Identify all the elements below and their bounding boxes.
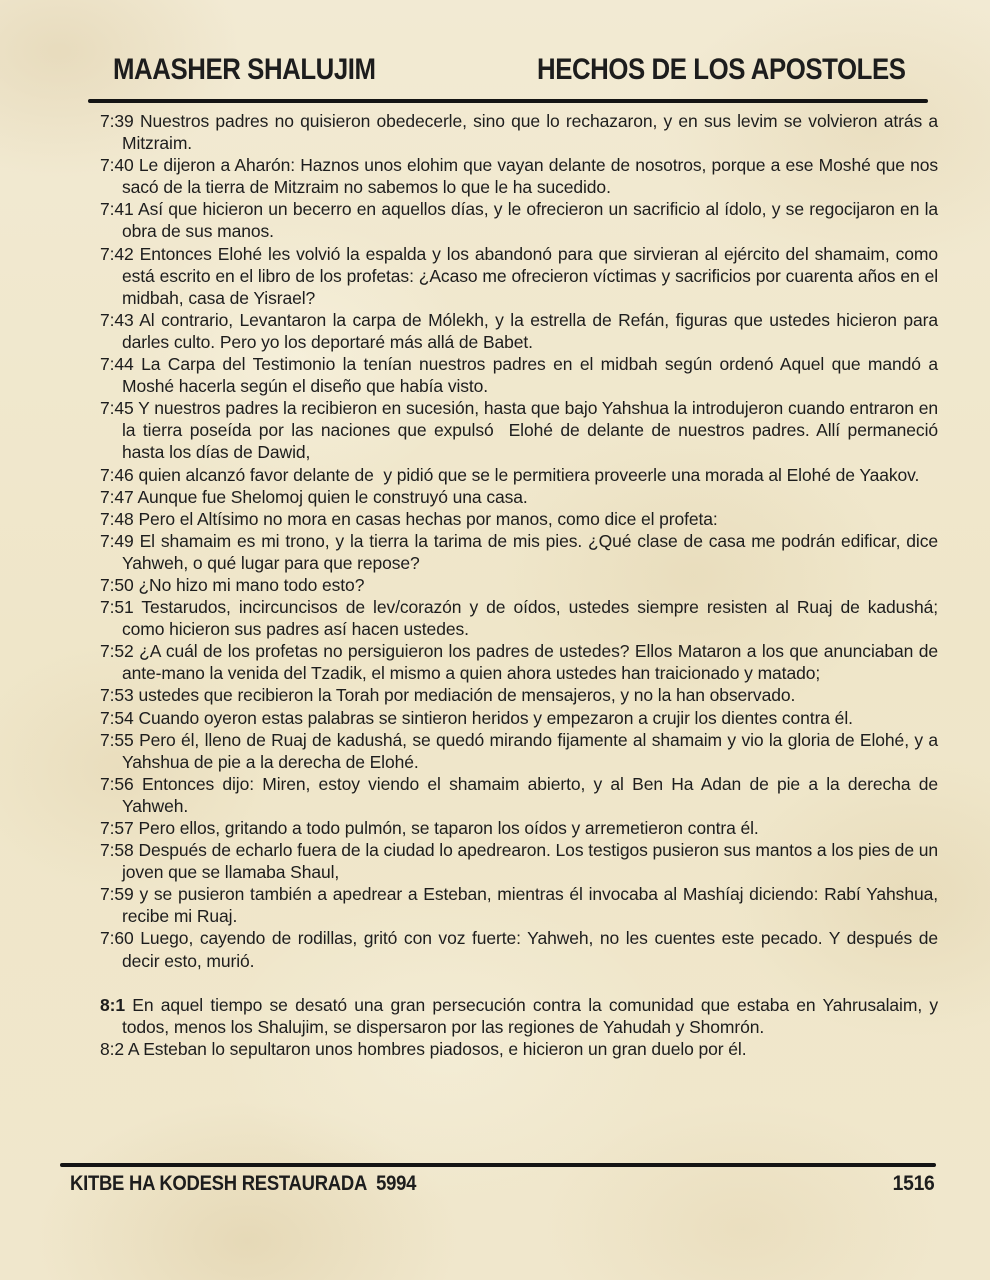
header-left-title: MAASHER SHALUJIM bbox=[113, 53, 376, 87]
verse-list: 7:39 Nuestros padres no quisieron obedec… bbox=[100, 110, 938, 1060]
verse-row: 7:41 Así que hicieron un becerro en aque… bbox=[100, 198, 938, 242]
verse-row: 7:53 ustedes que recibieron la Torah por… bbox=[100, 684, 938, 706]
verse-number: 7:45 bbox=[100, 398, 134, 418]
verse-number: 7:52 bbox=[100, 641, 134, 661]
verse-text: Luego, cayendo de rodillas, gritó con vo… bbox=[122, 928, 938, 970]
footer-rule bbox=[60, 1163, 936, 1167]
footer-book-title: KITBE HA KODESH RESTAURADA 5994 bbox=[70, 1172, 416, 1196]
verse-text: Nuestros padres no quisieron obedecerle,… bbox=[122, 111, 938, 153]
verse-row: 7:58 Después de echarlo fuera de la ciud… bbox=[100, 839, 938, 883]
verse-row: 7:46 quien alcanzó favor delante de y pi… bbox=[100, 464, 938, 486]
verse-text: En aquel tiempo se desató una gran perse… bbox=[122, 995, 938, 1037]
verse-number: 7:47 bbox=[100, 487, 134, 507]
verse-row: 7:45 Y nuestros padres la recibieron en … bbox=[100, 397, 938, 463]
page-footer: KITBE HA KODESH RESTAURADA 5994 1516 bbox=[70, 1172, 935, 1196]
verse-number: 7:54 bbox=[100, 708, 134, 728]
header-right-title: HECHOS DE LOS APOSTOLES bbox=[537, 53, 906, 87]
verse-number: 7:49 bbox=[100, 531, 134, 551]
verse-row: 7:54 Cuando oyeron estas palabras se sin… bbox=[100, 707, 938, 729]
verse-number: 7:51 bbox=[100, 597, 134, 617]
verse-number: 7:40 bbox=[100, 155, 134, 175]
verse-row: 7:50 ¿No hizo mi mano todo esto? bbox=[100, 574, 938, 596]
verse-row: 7:55 Pero él, lleno de Ruaj de kadushá, … bbox=[100, 729, 938, 773]
verse-text: ¿A cuál de los profetas no persiguieron … bbox=[122, 641, 938, 683]
verse-row: 7:57 Pero ellos, gritando a todo pulmón,… bbox=[100, 817, 938, 839]
verse-row: 7:60 Luego, cayendo de rodillas, gritó c… bbox=[100, 927, 938, 971]
verse-row: 8:1 En aquel tiempo se desató una gran p… bbox=[100, 994, 938, 1038]
verse-number: 7:57 bbox=[100, 818, 134, 838]
verse-text: Cuando oyeron estas palabras se sintiero… bbox=[138, 708, 852, 728]
verse-number: 8:2 bbox=[100, 1039, 124, 1059]
verse-number: 7:39 bbox=[100, 111, 134, 131]
verse-text: quien alcanzó favor delante de y pidió q… bbox=[138, 465, 919, 485]
verse-number: 7:48 bbox=[100, 509, 134, 529]
verse-row: 7:59 y se pusieron también a apedrear a … bbox=[100, 883, 938, 927]
verse-text: Le dijeron a Aharón: Haznos unos elohim … bbox=[122, 155, 938, 197]
verse-text: A Esteban lo sepultaron unos hombres pia… bbox=[128, 1039, 747, 1059]
verse-number: 7:55 bbox=[100, 730, 134, 750]
verse-row: 7:44 La Carpa del Testimonio la tenían n… bbox=[100, 353, 938, 397]
verse-text: Después de echarlo fuera de la ciudad lo… bbox=[122, 840, 938, 882]
verse-number: 7:44 bbox=[100, 354, 134, 374]
verse-number: 7:46 bbox=[100, 465, 134, 485]
page-header: MAASHER SHALUJIM HECHOS DE LOS APOSTOLES bbox=[113, 53, 906, 87]
verse-text: Pero el Altísimo no mora en casas hechas… bbox=[138, 509, 717, 529]
verse-text: El shamaim es mi trono, y la tierra la t… bbox=[122, 531, 938, 573]
verse-row: 7:42 Entonces Elohé les volvió la espald… bbox=[100, 243, 938, 309]
verse-number: 7:41 bbox=[100, 199, 134, 219]
verse-text: Al contrario, Levantaron la carpa de Mól… bbox=[122, 310, 938, 352]
verse-number: 7:53 bbox=[100, 685, 134, 705]
verse-row: 7:52 ¿A cuál de los profetas no persigui… bbox=[100, 640, 938, 684]
verse-text: Y nuestros padres la recibieron en suces… bbox=[122, 398, 938, 462]
verse-row: 7:40 Le dijeron a Aharón: Haznos unos el… bbox=[100, 154, 938, 198]
verse-number: 7:56 bbox=[100, 774, 134, 794]
verse-text: Entonces dijo: Miren, estoy viendo el sh… bbox=[122, 774, 938, 816]
scanned-document-page: MAASHER SHALUJIM HECHOS DE LOS APOSTOLES… bbox=[0, 0, 990, 1280]
verse-row: 8:2 A Esteban lo sepultaron unos hombres… bbox=[100, 1038, 938, 1060]
verse-text: Entonces Elohé les volvió la espalda y l… bbox=[122, 244, 938, 308]
verse-number: 7:59 bbox=[100, 884, 134, 904]
verse-number: 7:50 bbox=[100, 575, 134, 595]
verse-number: 7:58 bbox=[100, 840, 134, 860]
verse-text: Pero él, lleno de Ruaj de kadushá, se qu… bbox=[122, 730, 938, 772]
footer-page-number: 1516 bbox=[893, 1172, 935, 1196]
verse-number: 7:43 bbox=[100, 310, 134, 330]
verse-number: 8:1 bbox=[100, 995, 125, 1015]
verse-row: 7:51 Testarudos, incircuncisos de lev/co… bbox=[100, 596, 938, 640]
verse-row: 7:48 Pero el Altísimo no mora en casas h… bbox=[100, 508, 938, 530]
verse-text: Así que hicieron un becerro en aquellos … bbox=[122, 199, 938, 241]
verse-row: 7:43 Al contrario, Levantaron la carpa d… bbox=[100, 309, 938, 353]
verse-number: 7:60 bbox=[100, 928, 134, 948]
verse-row: 7:39 Nuestros padres no quisieron obedec… bbox=[100, 110, 938, 154]
header-rule bbox=[88, 99, 928, 103]
verse-text: Aunque fue Shelomoj quien le construyó u… bbox=[137, 487, 527, 507]
verse-row: 7:49 El shamaim es mi trono, y la tierra… bbox=[100, 530, 938, 574]
verse-number: 7:42 bbox=[100, 244, 134, 264]
verse-row: 7:56 Entonces dijo: Miren, estoy viendo … bbox=[100, 773, 938, 817]
verse-text: Testarudos, incircuncisos de lev/corazón… bbox=[122, 597, 938, 639]
verse-row: 7:47 Aunque fue Shelomoj quien le constr… bbox=[100, 486, 938, 508]
verse-text: La Carpa del Testimonio la tenían nuestr… bbox=[122, 354, 938, 396]
verse-text: ustedes que recibieron la Torah por medi… bbox=[138, 685, 795, 705]
verse-text: Pero ellos, gritando a todo pulmón, se t… bbox=[138, 818, 758, 838]
verse-text: ¿No hizo mi mano todo esto? bbox=[138, 575, 364, 595]
verse-text: y se pusieron también a apedrear a Esteb… bbox=[122, 884, 938, 926]
